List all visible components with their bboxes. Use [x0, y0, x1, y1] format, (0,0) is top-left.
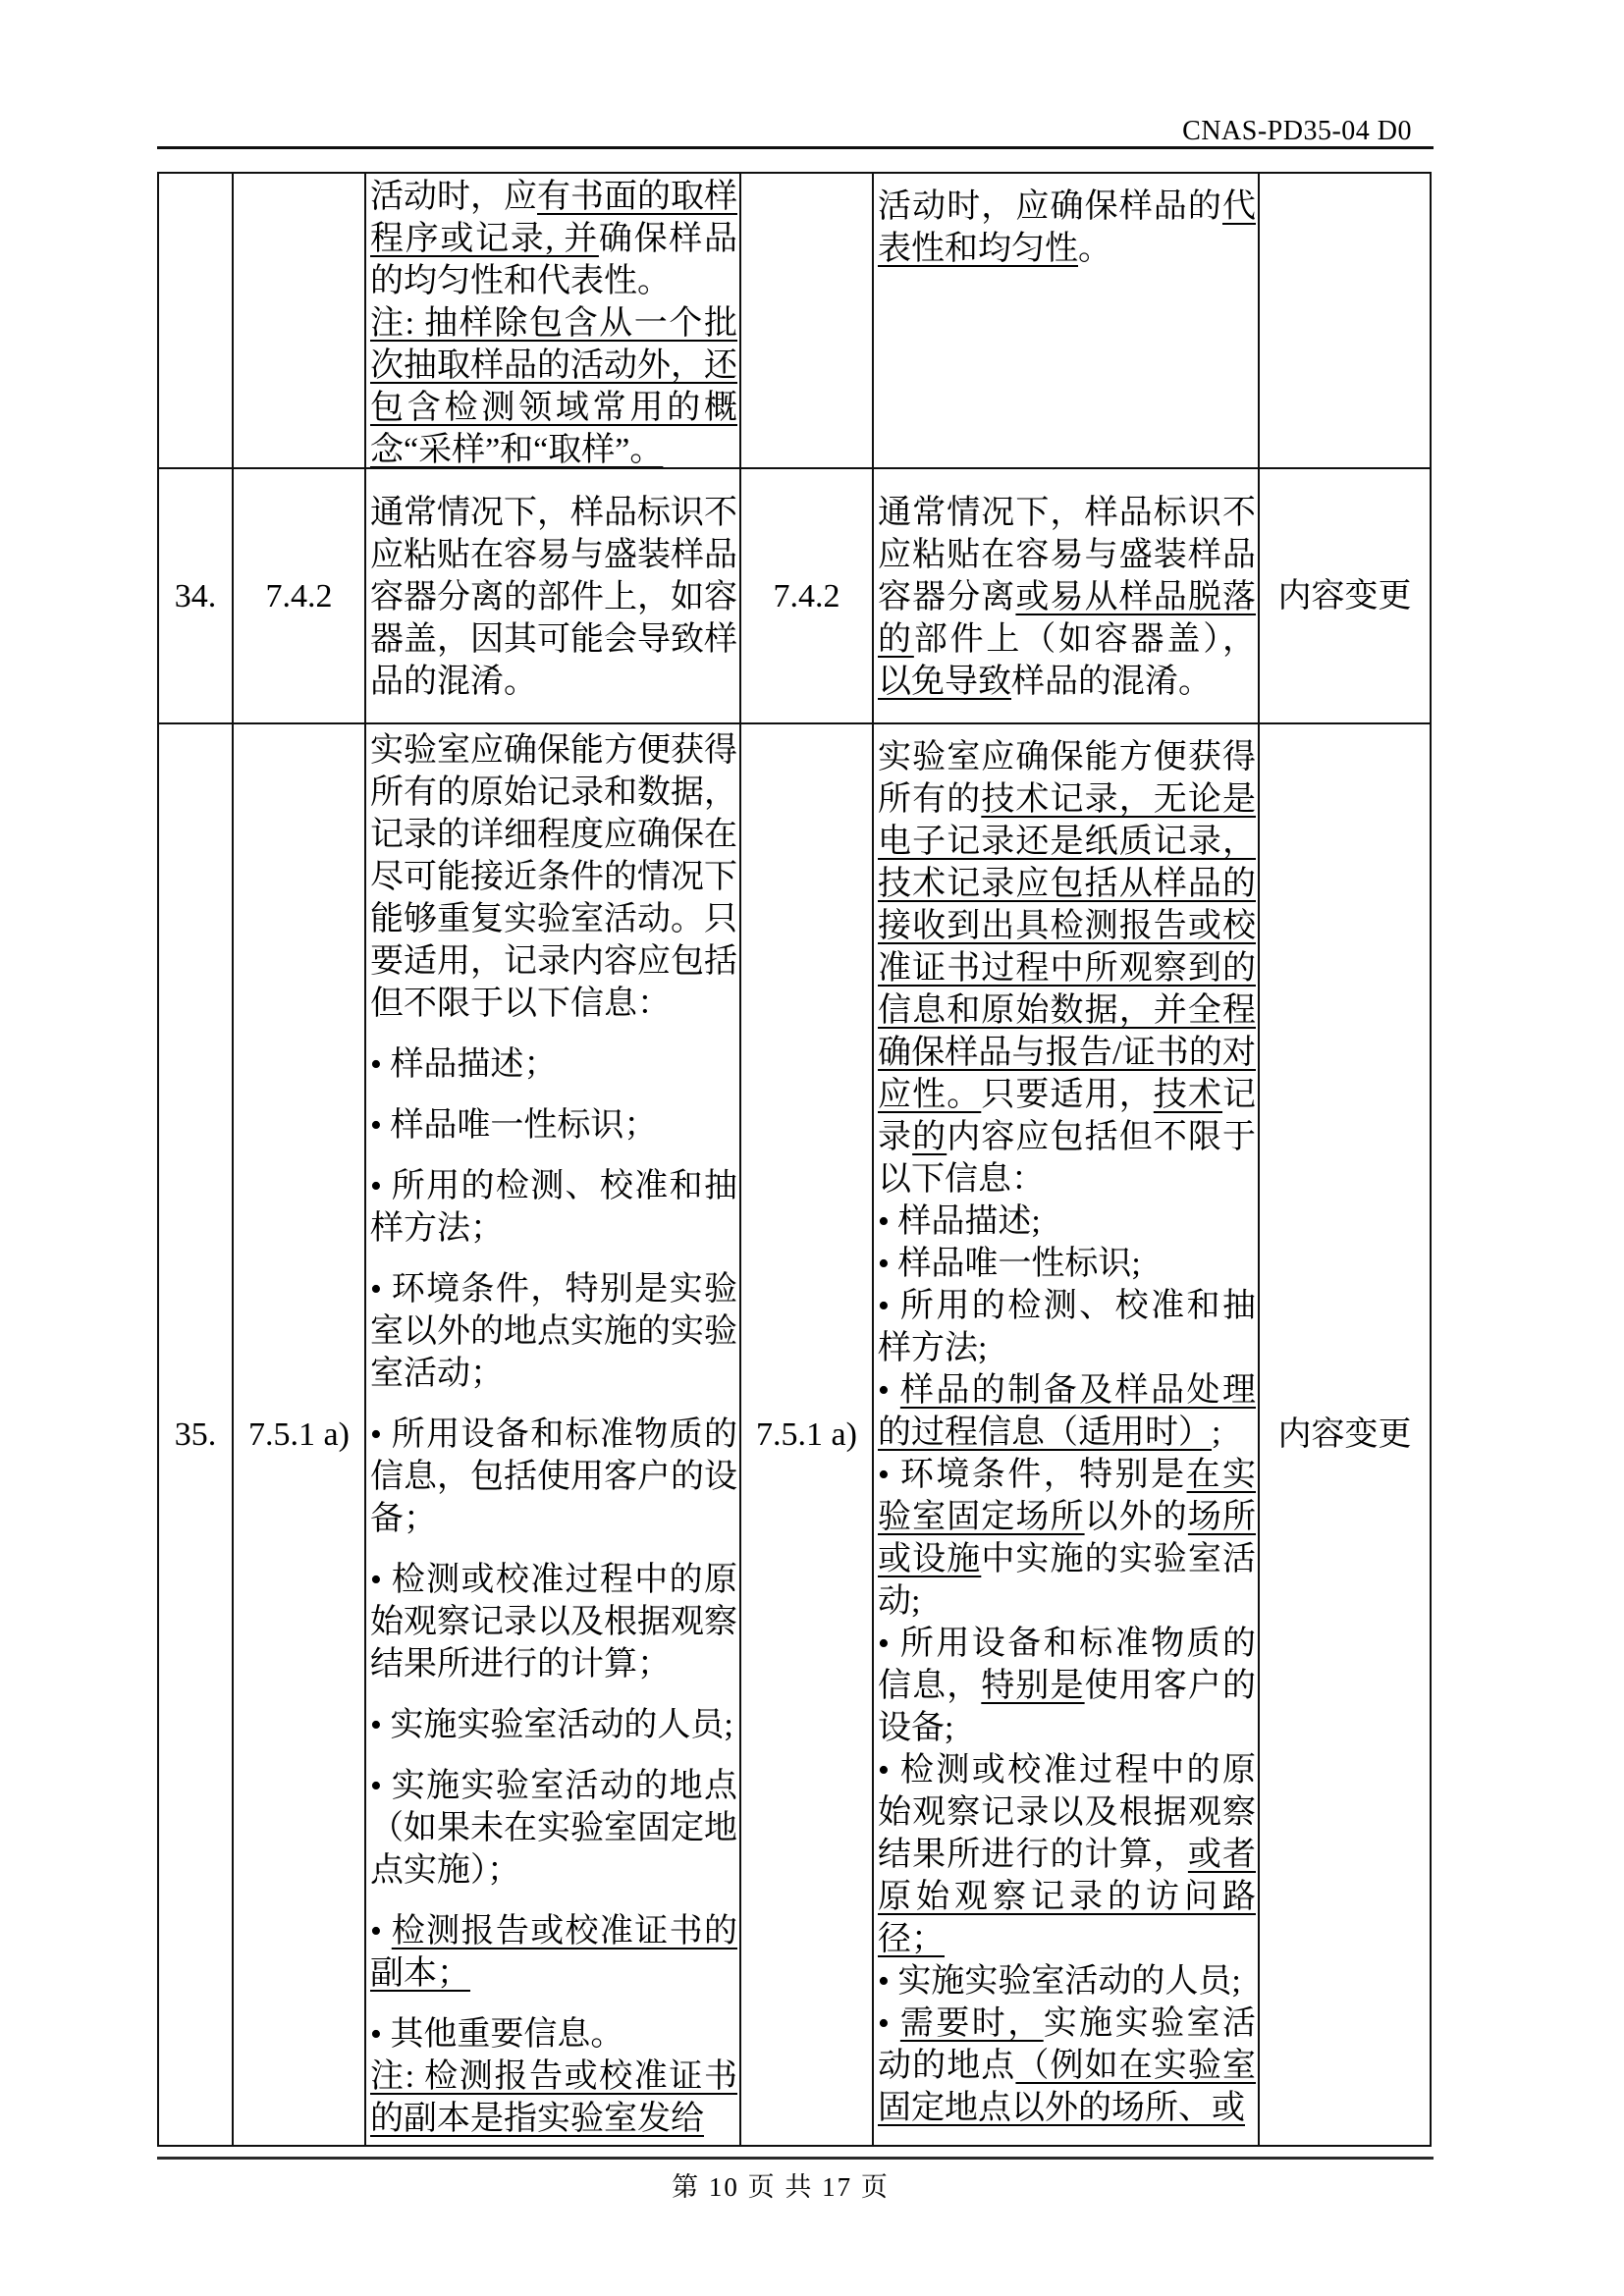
revision-comparison-table: 活动时，应有书面的取样程序或记录, 并确保样品的均匀性和代表性。注: 抽样除包含… — [157, 172, 1432, 2147]
row-cont-old-text-cell: 活动时，应有书面的取样程序或记录, 并确保样品的均匀性和代表性。注: 抽样除包含… — [366, 174, 741, 469]
header-rule — [157, 146, 1434, 149]
paragraph: • 环境条件，特别是在实验室固定场所以外的场所或设施中实施的实验室活动; — [878, 1454, 1256, 1623]
paragraph: 活动时，应确保样品的代表性和均匀性。 — [878, 186, 1256, 270]
paragraph: • 检测或校准过程中的原始观察记录以及根据观察结果所进行的计算； — [370, 1559, 737, 1685]
paragraph: • 其他重要信息。 — [370, 2013, 737, 2056]
header-doc-code: CNAS-PD35-04 D0 — [1182, 116, 1412, 147]
row-cont-old-clause-cell — [234, 174, 366, 469]
paragraph: • 检测报告或校准证书的副本； — [370, 1910, 737, 1995]
row-34-old-text-cell: 通常情况下，样品标识不应粘贴在容易与盛装样品容器分离的部件上，如容器盖，因其可能… — [366, 469, 741, 724]
row-cont-new-text-cell: 活动时，应确保样品的代表性和均匀性。 — [874, 174, 1260, 469]
row-cont-new-clause-cell — [741, 174, 874, 469]
row-cont-number-cell — [159, 174, 234, 469]
row-34-change-cell: 内容变更 — [1260, 469, 1430, 724]
paragraph: 实验室应确保能方便获得所有的原始记录和数据，记录的详细程度应确保在尽可能接近条件… — [370, 729, 737, 1025]
row-cont-change-cell — [1260, 174, 1430, 469]
row-35-old-text-cell: 实验室应确保能方便获得所有的原始记录和数据，记录的详细程度应确保在尽可能接近条件… — [366, 724, 741, 2145]
footer-rule — [157, 2157, 1434, 2160]
paragraph: • 所用设备和标准物质的信息，特别是使用客户的设备; — [878, 1623, 1256, 1749]
paragraph: • 环境条件，特别是实验室以外的地点实施的实验室活动； — [370, 1268, 737, 1395]
paragraph: • 样品唯一性标识; — [878, 1243, 1256, 1285]
paragraph: • 实施实验室活动的地点（如果未在实验室固定地点实施）； — [370, 1765, 737, 1892]
paragraph: 通常情况下，样品标识不应粘贴在容易与盛装样品容器分离的部件上，如容器盖，因其可能… — [370, 492, 737, 703]
row-35-new-text-cell: 实验室应确保能方便获得所有的技术记录，无论是电子记录还是纸质记录，技术记录应包括… — [874, 724, 1260, 2145]
paragraph: • 样品描述; — [878, 1201, 1256, 1243]
paragraph: • 样品唯一性标识； — [370, 1104, 737, 1147]
paragraph: • 检测或校准过程中的原始观察记录以及根据观察结果所进行的计算，或者原始观察记录… — [878, 1749, 1256, 1960]
row-34-old-clause-cell: 7.4.2 — [234, 469, 366, 724]
paragraph: 通常情况下，样品标识不应粘贴在容易与盛装样品容器分离或易从样品脱落的部件上（如容… — [878, 492, 1256, 703]
paragraph: 活动时，应有书面的取样程序或记录, 并确保样品的均匀性和代表性。 — [370, 176, 737, 302]
paragraph: • 实施实验室活动的人员; — [878, 1960, 1256, 2002]
paragraph: 实验室应确保能方便获得所有的技术记录，无论是电子记录还是纸质记录，技术记录应包括… — [878, 736, 1256, 1201]
paragraph: 注: 检测报告或校准证书的副本是指实验室发给 — [370, 2056, 737, 2140]
paragraph: • 样品描述； — [370, 1043, 737, 1086]
paragraph: • 所用设备和标准物质的信息，包括使用客户的设备； — [370, 1414, 737, 1540]
paragraph: 注: 抽样除包含从一个批次抽取样品的活动外，还包含检测领域常用的概念“采样”和“… — [370, 302, 737, 469]
footer-page-info: 第 10 页 共 17 页 — [142, 2165, 1419, 2204]
row-35-number-cell: 35. — [159, 724, 234, 2145]
row-34-number-cell: 34. — [159, 469, 234, 724]
row-34-new-clause-cell: 7.4.2 — [741, 469, 874, 724]
paragraph: • 实施实验室活动的人员; — [370, 1704, 737, 1746]
paragraph: • 样品的制备及样品处理的过程信息（适用时）; — [878, 1369, 1256, 1454]
row-35-new-clause-cell: 7.5.1 a) — [741, 724, 874, 2145]
row-35-old-clause-cell: 7.5.1 a) — [234, 724, 366, 2145]
paragraph: • 需要时，实施实验室活动的地点（例如在实验室固定地点以外的场所、或 — [878, 2002, 1256, 2129]
row-34-new-text-cell: 通常情况下，样品标识不应粘贴在容易与盛装样品容器分离或易从样品脱落的部件上（如容… — [874, 469, 1260, 724]
row-35-change-cell: 内容变更 — [1260, 724, 1430, 2145]
paragraph: • 所用的检测、校准和抽样方法; — [878, 1285, 1256, 1369]
paragraph: • 所用的检测、校准和抽样方法； — [370, 1165, 737, 1250]
document-page: CNAS-PD35-04 D0 活动时，应有书面的取样程序或记录, 并确保样品的… — [0, 0, 1624, 2296]
